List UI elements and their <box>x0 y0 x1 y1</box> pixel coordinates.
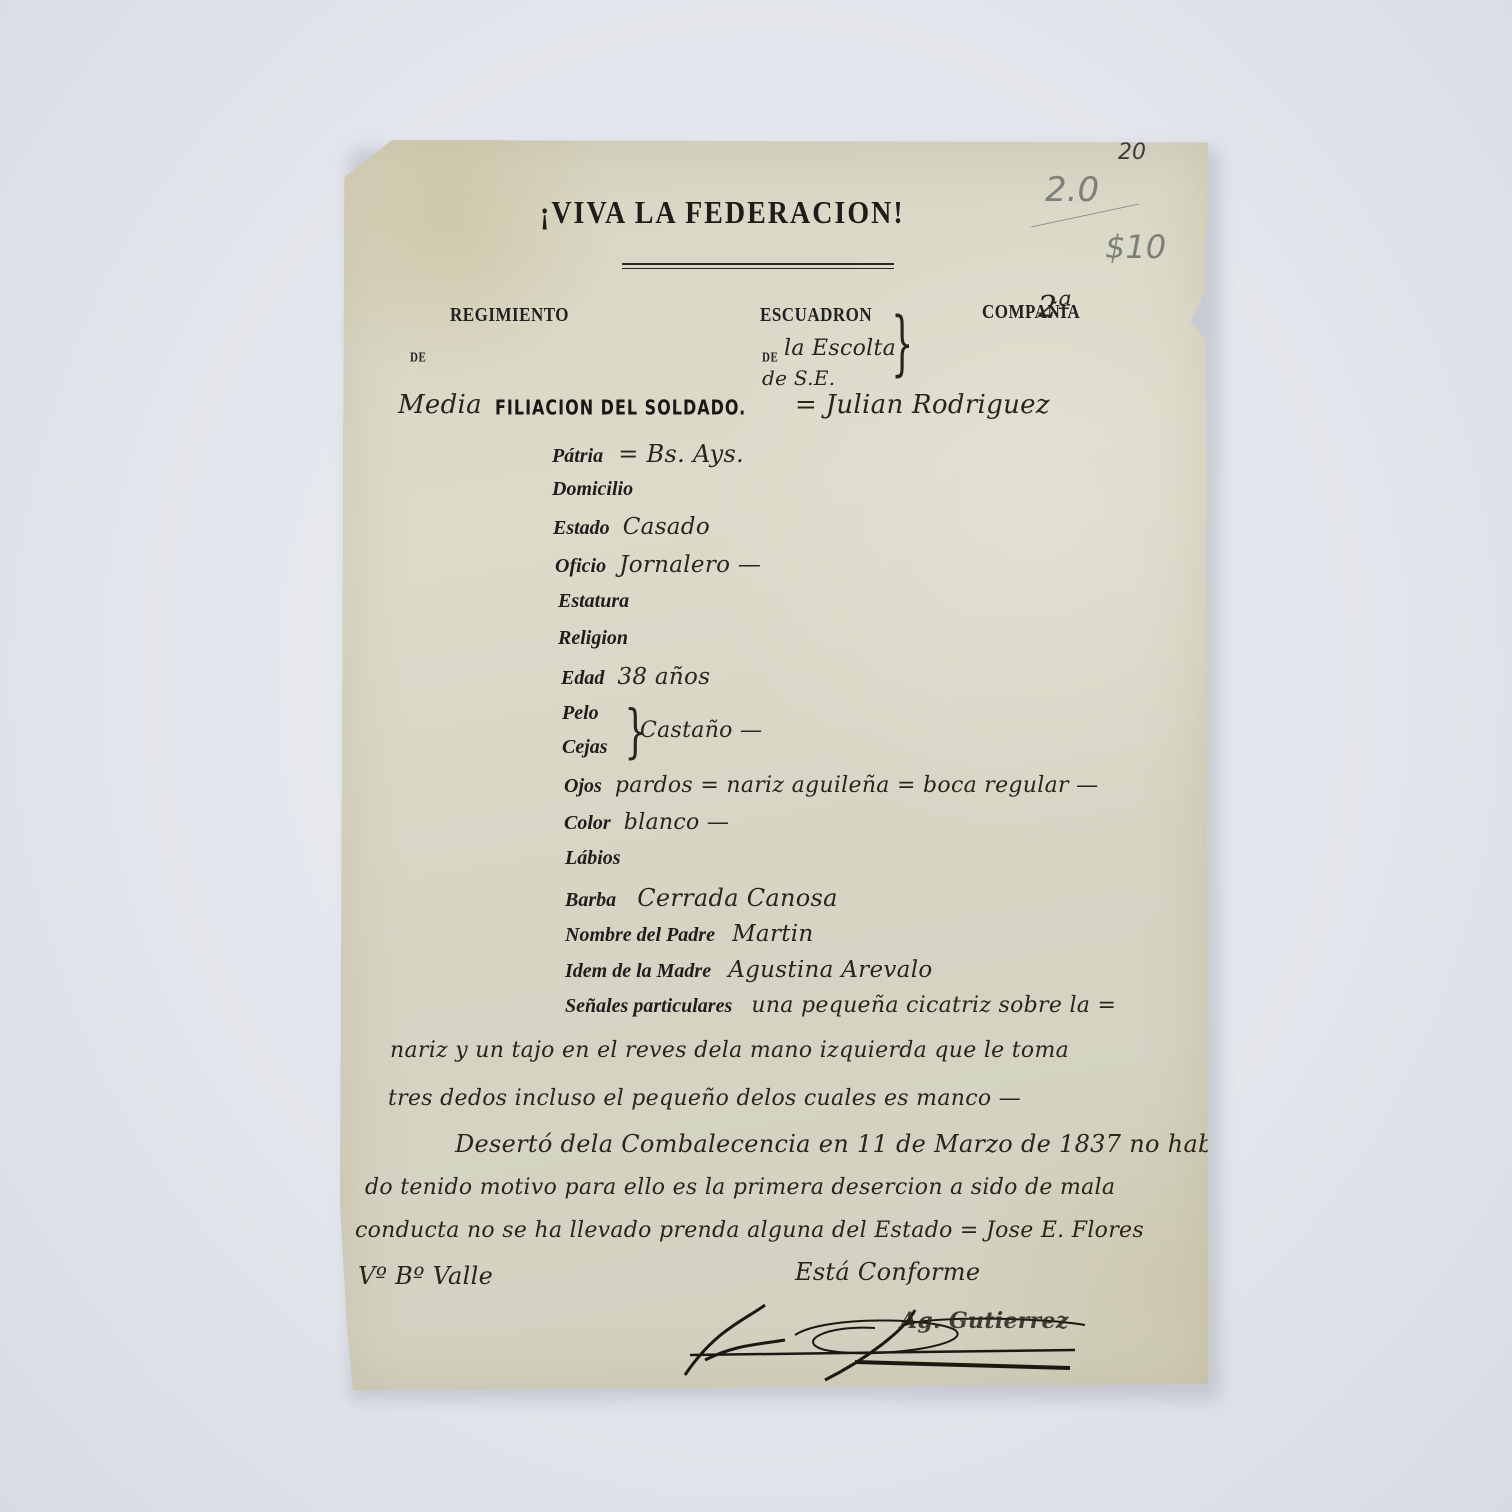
escuadron-brace: } <box>891 308 913 378</box>
escuadron-value-line2: de S.E. <box>762 366 835 390</box>
field-label: Estatura <box>558 590 629 612</box>
pencil-note-price: $10 <box>1105 228 1166 266</box>
field-row-color: Color blanco — <box>564 810 729 835</box>
field-row-labios: Lábios <box>565 847 621 870</box>
field-row-estatura: Estatura <box>558 590 629 613</box>
field-label: Cejas <box>562 736 608 758</box>
field-label: Ojos <box>564 775 602 797</box>
title-rule-bottom <box>622 268 894 269</box>
regimiento-de-label: DE <box>410 351 426 365</box>
escuadron-label: ESCUADRON <box>760 303 872 327</box>
soldier-name: = Julian Rodriguez <box>795 390 1050 420</box>
field-value: blanco — <box>624 810 729 835</box>
field-value: 38 años <box>617 664 710 690</box>
field-row-nombre-padre: Nombre del Padre Martin <box>565 921 814 947</box>
document-sheet: 20 2.0 $10 ¡VIVA LA FEDERACION! REGIMIEN… <box>340 140 1208 1390</box>
field-label: Religion <box>558 627 628 649</box>
field-label: Barba <box>565 889 616 911</box>
body-line: Desertó dela Combalecencia en 11 de Marz… <box>455 1130 1252 1158</box>
field-value: Martin <box>732 921 813 947</box>
field-label: Color <box>564 812 611 834</box>
signature-name: Ag. Gutierrez <box>900 1308 1069 1334</box>
field-value: Agustina Arevalo <box>728 957 932 983</box>
escuadron-value-line1: la Escolta <box>784 336 896 361</box>
field-row-religion: Religion <box>558 627 628 650</box>
field-row-senales: Señales particulares una pequeña cicatri… <box>565 993 1116 1018</box>
body-line: conducta no se ha llevado prenda alguna … <box>355 1218 1144 1243</box>
title-rule-top <box>622 263 894 265</box>
field-label: Oficio <box>555 555 606 577</box>
pelo-cejas-value: Castaño — <box>640 718 762 743</box>
field-value: una pequeña cicatriz sobre la = <box>751 993 1116 1018</box>
field-label: Nombre del Padre <box>565 924 715 946</box>
field-label: Domicilio <box>552 478 633 500</box>
field-value: Casado <box>623 514 710 540</box>
field-label: Señales particulares <box>565 995 732 1017</box>
esta-conforme: Está Conforme <box>795 1258 980 1286</box>
regimiento-label: REGIMIENTO <box>450 303 569 327</box>
field-row-idem-madre: Idem de la Madre Agustina Arevalo <box>565 957 933 983</box>
field-row-cejas: Cejas <box>562 736 608 759</box>
field-row-domicilio: Domicilio <box>552 478 633 501</box>
field-value: Cerrada Canosa <box>637 884 838 912</box>
field-label: Estado <box>553 517 610 539</box>
field-label: Pátria <box>552 445 603 467</box>
field-value: Jornalero — <box>619 552 761 578</box>
filiacion-prefix: Media <box>398 390 482 420</box>
field-label: Edad <box>561 667 604 689</box>
field-row-oficio: Oficio Jornalero — <box>555 552 761 578</box>
field-row-patria: Pátria = Bs. Ays. <box>552 440 744 468</box>
body-line: tres dedos incluso el pequeño delos cual… <box>388 1086 1021 1111</box>
visto-bueno: Vº Bº Valle <box>358 1262 493 1290</box>
signature-flourish <box>675 1290 1105 1390</box>
field-label: Lábios <box>565 847 621 869</box>
field-row-edad: Edad 38 años <box>561 664 710 690</box>
field-row-barba: Barba Cerrada Canosa <box>565 884 838 912</box>
pencil-note-number: 2.0 <box>1045 170 1099 210</box>
field-row-estado: Estado Casado <box>553 514 710 540</box>
field-label: Idem de la Madre <box>565 960 711 982</box>
body-line: nariz y un tajo en el reves dela mano iz… <box>390 1038 1069 1063</box>
pencil-note-corner: 20 <box>1118 140 1146 165</box>
field-value: pardos = nariz aguileña = boca regular — <box>615 773 1099 798</box>
field-value: = Bs. Ays. <box>618 440 744 468</box>
field-row-ojos: Ojos pardos = nariz aguileña = boca regu… <box>564 773 1098 798</box>
field-row-pelo: Pelo <box>562 702 599 725</box>
field-label: Pelo <box>562 702 599 724</box>
compania-label-text: COMPAÑIA <box>982 300 1080 324</box>
body-line: do tenido motivo para ello es la primera… <box>365 1175 1115 1200</box>
escuadron-de-label: DE <box>762 351 778 365</box>
document-title: ¡VIVA LA FEDERACION! <box>540 196 905 233</box>
filiacion-title: FILIACION DEL SOLDADO. <box>495 396 746 420</box>
